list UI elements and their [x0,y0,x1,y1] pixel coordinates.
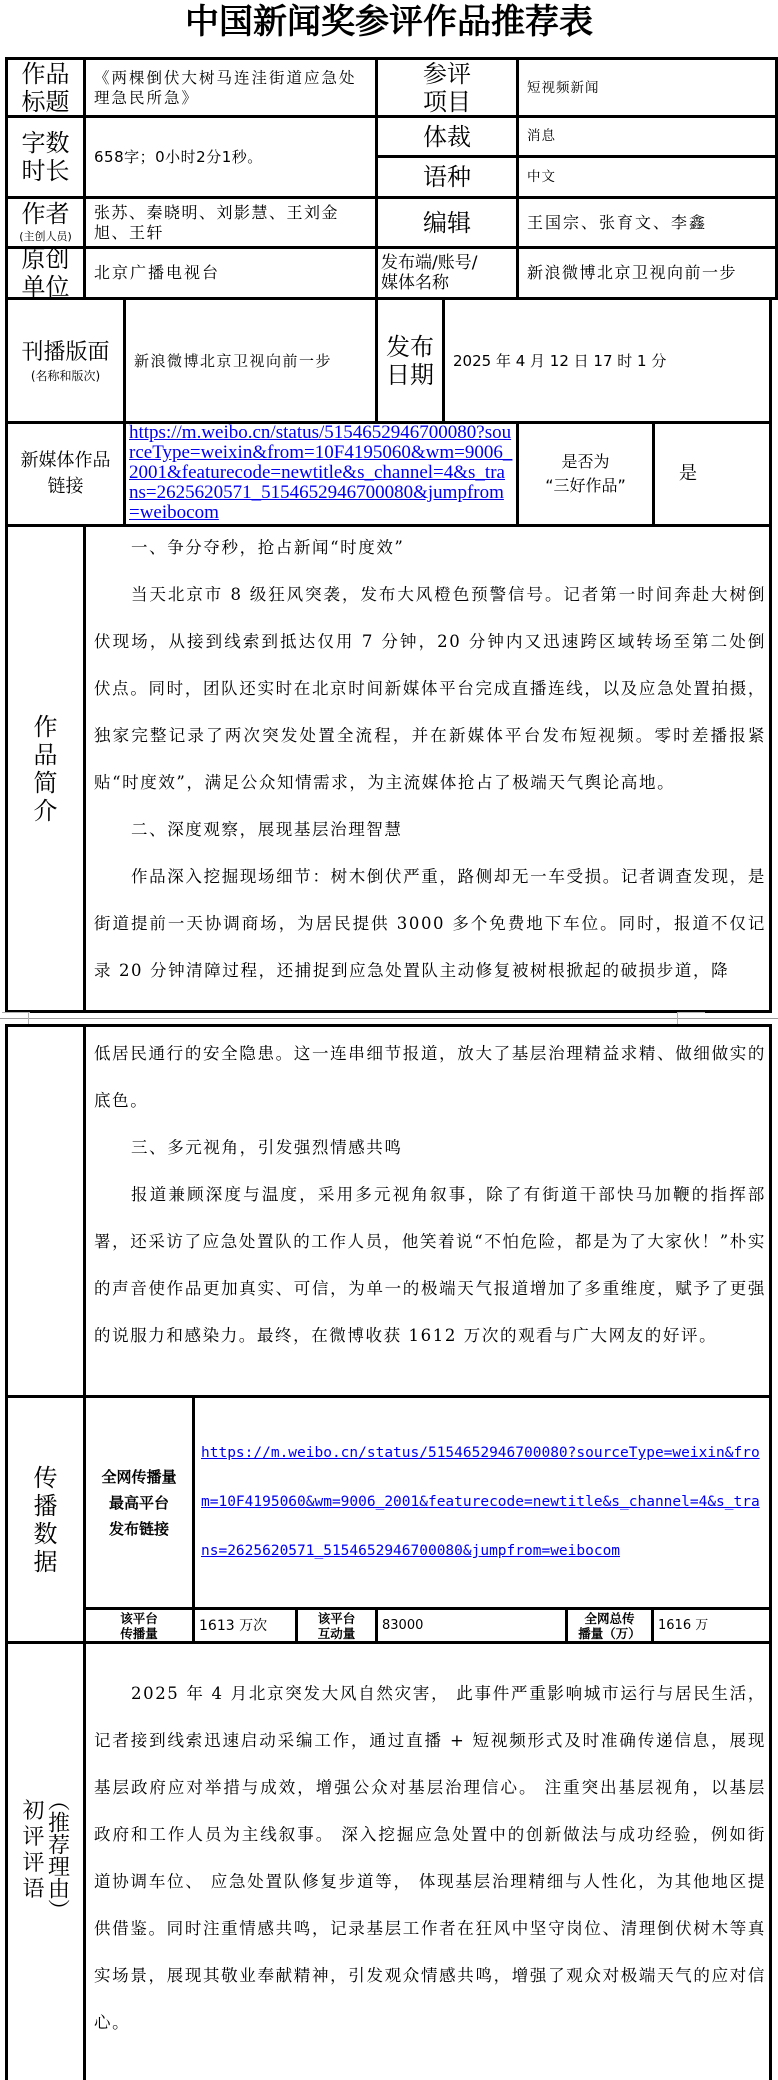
top-platform-link-cell: https://m.weibo.cn/status/51546529467000… [197,1398,769,1607]
table-border-right [769,1024,772,2080]
layout-label-cell: 刊播版面 (名称和版次) [8,300,123,421]
page-corner-mark [2,1012,30,1013]
col-divider [83,524,86,1013]
authors-label-cell: 作者 (主创人员) [8,199,83,246]
entry-category-value: 短视频新闻 [519,60,775,115]
summary-heading-1: 一、争分夺秒，抢占新闻“时度效” [94,524,766,571]
publish-date-value: 2025 年 4 月 12 日 17 时 1 分 [445,300,769,421]
summary-paragraph-2: 作品深入挖掘现场细节：树木倒伏严重，路侧却无一车受损。记者调查发现，是街道提前一… [94,853,766,994]
summary-heading-2: 二、深度观察，展现基层治理智慧 [94,806,766,853]
recommendation-paragraph: 2025 年 4 月北京突发大风自然灾害， 此事件严重影响城市运行与居民生活，记… [94,1670,766,2046]
distribution-label-cell: 传播数据 [8,1398,83,1641]
editors-label: 编辑 [378,199,516,246]
recommendation-text: 2025 年 4 月北京突发大风自然灾害， 此事件严重影响城市运行与居民生活，记… [94,1670,766,2046]
original-unit-value: 北京广播电视台 [86,249,375,297]
summary-label: 作品简介 [33,713,59,825]
platform-interactions-value: 83000 [378,1610,565,1641]
summary-paragraph-3: 报道兼顾深度与温度，采用多元视角叙事，除了有街道干部快马加鞭的指挥部署，还采访了… [94,1171,766,1359]
recommendation-label-cell: 初评评语 （推荐理由） [8,1644,83,2080]
authors-value: 张苏、秦晓明、刘影慧、王刘金旭、王轩 [86,199,375,246]
page-corner-mark [677,1012,705,1013]
row-divider [5,1641,772,1644]
new-media-link[interactable]: https://m.weibo.cn/status/51546529467000… [129,423,514,523]
page-corner-mark [28,1012,29,1024]
publisher-label: 发布端/账号/ 媒体名称 [381,249,516,297]
recommendation-label-right: （推荐理由） [46,1789,70,1921]
summary-paragraph-1: 当天北京市 8 级狂风突袭，发布大风橙色预警信号。记者第一时间奔赴大树倒伏现场，… [94,571,766,806]
word-count-label: 字数 时长 [8,118,83,196]
platform-views-value: 1613 万次 [195,1610,295,1641]
original-unit-label: 原创 单位 [8,249,83,297]
new-media-link-cell: https://m.weibo.cn/status/51546529467000… [127,422,516,524]
layout-sublabel: (名称和版次) [31,369,100,383]
top-platform-link[interactable]: https://m.weibo.cn/status/51546529467000… [201,1429,763,1576]
summary-label-cell: 作品简介 [8,527,83,1010]
total-views-value: 1616 万 [654,1610,769,1641]
genre-label: 体裁 [378,118,516,155]
authors-sublabel: (主创人员) [19,230,72,244]
editors-value: 王国宗、张育文、李鑫 [519,199,775,246]
platform-views-label: 该平台 传播量 [86,1610,192,1641]
platform-interactions-label: 该平台 互动量 [298,1610,375,1641]
publisher-value: 新浪微博北京卫视向前一步 [519,249,775,297]
total-views-label: 全网总传 播量（万） [568,1610,651,1641]
table-border-bottom [5,1010,772,1013]
entry-category-label: 参评 项目 [378,60,516,115]
top-platform-label: 全网传播量 最高平台 发布链接 [86,1398,192,1607]
new-media-link-label: 新媒体作品 链接 [8,424,123,524]
authors-label: 作者 [22,202,70,226]
summary-heading-3: 三、多元视角，引发强烈情感共鸣 [94,1124,766,1171]
recommendation-label-left: 初评评语 [22,1799,46,1903]
layout-value: 新浪微博北京卫视向前一步 [126,300,375,421]
work-title-value: 《两棵倒伏大树马连洼街道应急处理急民所急》 [86,60,375,115]
publish-date-label: 发布 日期 [378,300,442,421]
summary-text-page-2: 低居民通行的安全隐患。这一连串细节报道，放大了基层治理精益求精、做细做实的底色。… [94,1030,766,1359]
page-corner-mark [677,1012,678,1024]
table-border-right [769,297,772,1013]
page-break-line [0,1018,778,1019]
distribution-label: 传播数据 [33,1464,59,1576]
three-good-value: 是 [655,424,769,524]
layout-label: 刊播版面 [21,339,109,367]
genre-value: 消息 [519,118,775,155]
language-value: 中文 [519,158,775,196]
summary-text-page-1: 一、争分夺秒，抢占新闻“时度效” 当天北京市 8 级狂风突袭，发布大风橙色预警信… [94,524,766,994]
three-good-label: 是否为 “三好作品” [519,424,652,524]
form-title: 中国新闻奖参评作品推荐表 [0,2,778,42]
summary-paragraph-2-cont: 低居民通行的安全隐患。这一连串细节报道，放大了基层治理精益求精、做细做实的底色。 [94,1030,766,1124]
word-count-value: 658字；0小时2分1秒。 [86,118,375,196]
table-border-top [5,1024,772,1027]
work-title-label: 作品 标题 [8,60,83,115]
language-label: 语种 [378,158,516,196]
col-divider [192,1395,195,1644]
